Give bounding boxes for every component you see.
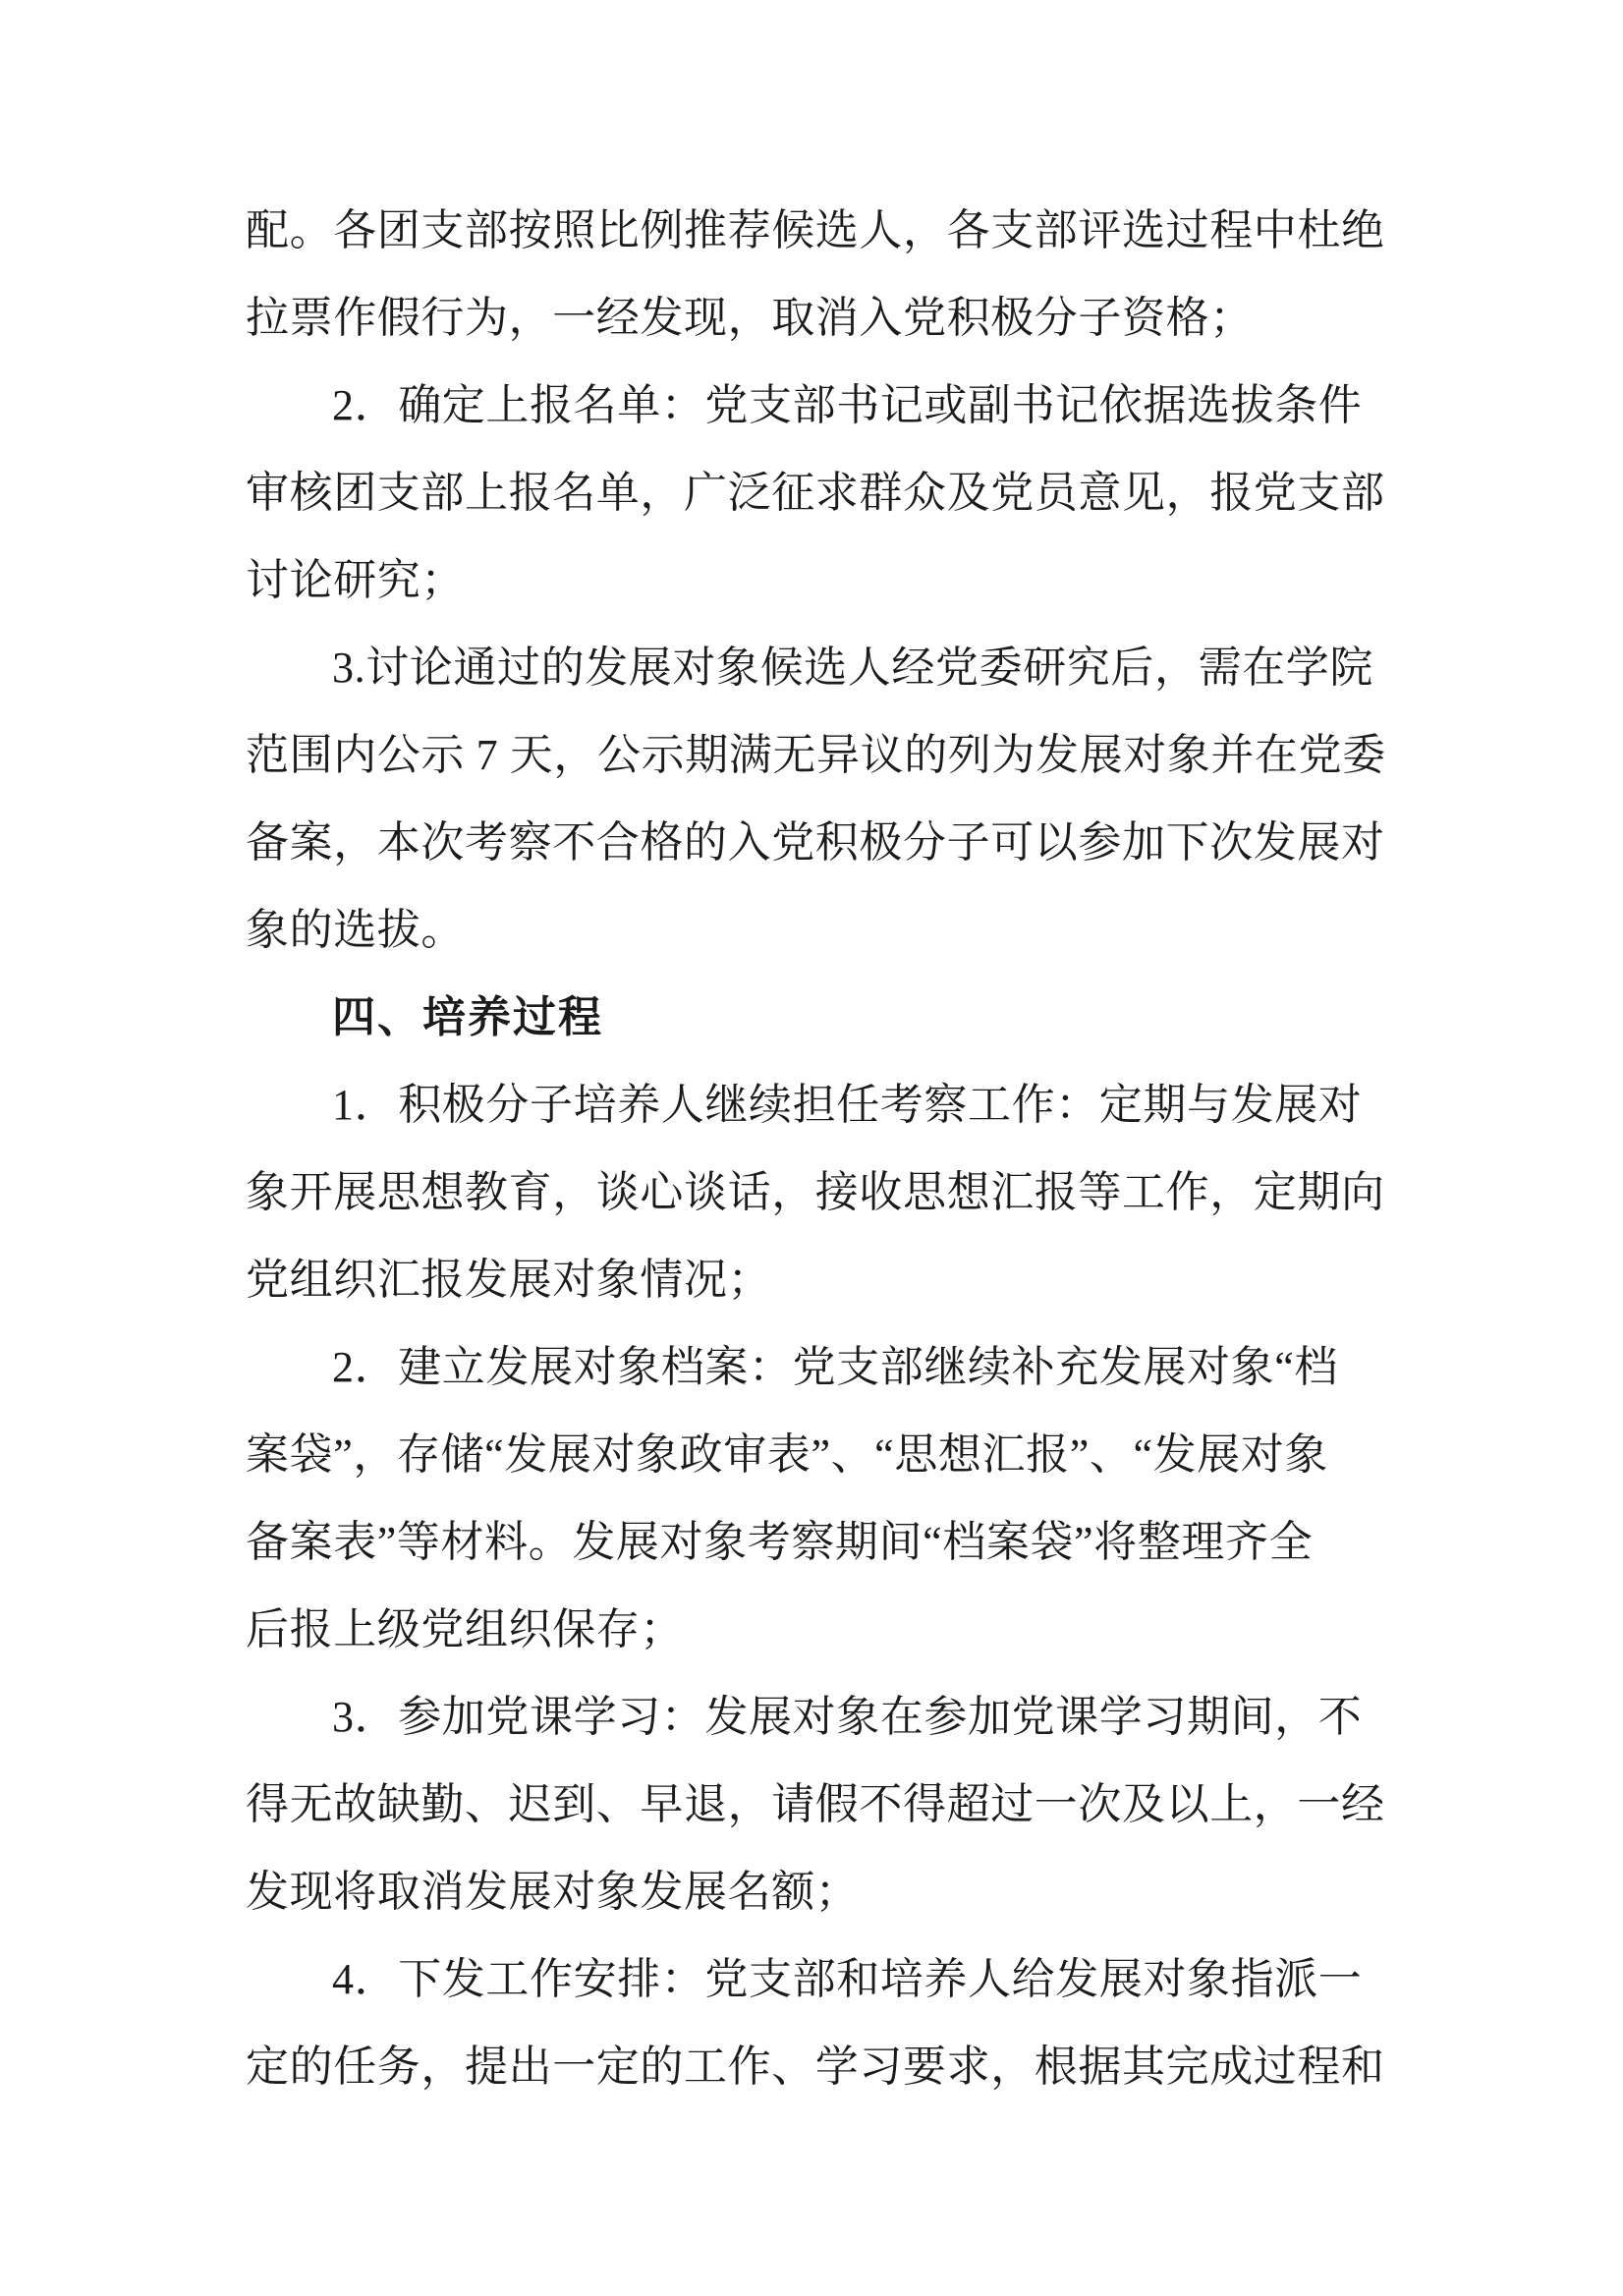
text-line: 配。各团支部按照比例推荐候选人，各支部评选过程中杜绝: [246, 187, 1390, 274]
document-body: 配。各团支部按照比例推荐候选人，各支部评选过程中杜绝拉票作假行为，一经发现，取消…: [246, 187, 1390, 2110]
text-line: 党组织汇报发展对象情况；: [246, 1236, 1390, 1323]
text-line: 象的选拔。: [246, 886, 1390, 974]
text-line: 3．参加党课学习：发展对象在参加党课学习期间，不: [246, 1673, 1390, 1761]
text-line: 发现将取消发展对象发展名额；: [246, 1848, 1390, 1935]
text-line: 讨论研究；: [246, 536, 1390, 624]
text-line: 备案表”等材料。发展对象考察期间“档案袋”将整理齐全: [246, 1498, 1390, 1586]
text-line: 2．建立发展对象档案：党支部继续补充发展对象“档: [246, 1323, 1390, 1411]
document-page: 配。各团支部按照比例推荐候选人，各支部评选过程中杜绝拉票作假行为，一经发现，取消…: [0, 0, 1623, 2296]
text-line: 3.讨论通过的发展对象候选人经党委研究后，需在学院: [246, 624, 1390, 711]
text-line: 案袋”，存储“发展对象政审表”、“思想汇报”、“发展对象: [246, 1411, 1390, 1498]
text-line: 象开展思想教育，谈心谈话，接收思想汇报等工作，定期向: [246, 1148, 1390, 1236]
text-line: 2．确定上报名单：党支部书记或副书记依据选拔条件: [246, 362, 1390, 449]
text-line: 4．下发工作安排：党支部和培养人给发展对象指派一: [246, 1935, 1390, 2023]
section-heading: 四、培养过程: [246, 974, 1390, 1061]
text-line: 范围内公示 7 天，公示期满无异议的列为发展对象并在党委: [246, 711, 1390, 799]
text-line: 拉票作假行为，一经发现，取消入党积极分子资格；: [246, 274, 1390, 362]
text-line: 定的任务，提出一定的工作、学习要求，根据其完成过程和: [246, 2023, 1390, 2110]
text-line: 得无故缺勤、迟到、早退，请假不得超过一次及以上，一经: [246, 1761, 1390, 1848]
text-line: 备案，本次考察不合格的入党积极分子可以参加下次发展对: [246, 799, 1390, 886]
text-line: 1．积极分子培养人继续担任考察工作：定期与发展对: [246, 1061, 1390, 1148]
text-line: 审核团支部上报名单，广泛征求群众及党员意见，报党支部: [246, 449, 1390, 536]
text-line: 后报上级党组织保存；: [246, 1586, 1390, 1673]
